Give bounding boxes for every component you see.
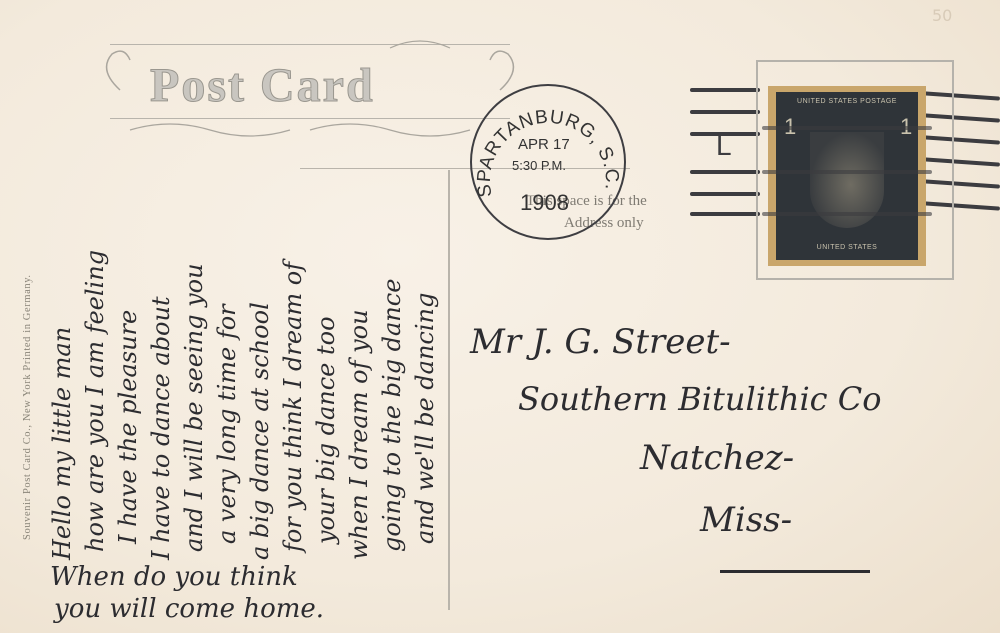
postcard-back: 50 Souvenir Post Card Co., New York Prin… <box>0 0 1000 633</box>
message-line: for you think I dream of <box>279 262 307 552</box>
pencil-mark: 50 <box>932 6 952 25</box>
cancel-bar <box>762 170 932 174</box>
cancel-bar <box>690 170 760 174</box>
publisher-imprint: Souvenir Post Card Co., New York Printed… <box>22 274 33 540</box>
post-card-title: Post Card <box>150 58 375 113</box>
cancel-bar <box>690 192 760 196</box>
cancel-bar <box>690 88 760 92</box>
message-bottom-line2: you will come home. <box>54 594 324 624</box>
message-line: going to the big dance <box>378 279 406 552</box>
address-underline <box>720 570 870 573</box>
cancel-bar <box>762 126 932 130</box>
address-line-name: Mr J. G. Street- <box>470 322 731 362</box>
message-line: I have to dance about <box>147 296 175 560</box>
message-line: a big dance at school <box>246 302 274 560</box>
cancel-bar <box>690 110 760 114</box>
post-card-header: Post Card <box>90 30 530 150</box>
message-line: and I will be seeing you <box>180 263 208 552</box>
message-line: when I dream of you <box>345 309 373 560</box>
stamp-top-text: UNITED STATES POSTAGE <box>776 98 918 105</box>
postage-stamp: UNITED STATES POSTAGE 1 1 UNITED STATES <box>768 86 926 266</box>
stamp-design: UNITED STATES POSTAGE 1 1 UNITED STATES <box>776 92 918 260</box>
postmark-date: APR 17 <box>518 136 570 153</box>
message-line: a very long time for <box>213 304 241 544</box>
message-line: Hello my little man <box>48 327 76 560</box>
postmark-time: 5:30 P.M. <box>512 158 566 173</box>
message-line: your big dance too <box>312 316 340 544</box>
stamp-bottom-text: UNITED STATES <box>776 244 918 251</box>
cancel-bar <box>690 212 760 216</box>
postmark-year: 1908 <box>520 190 569 216</box>
message-line: I have the pleasure <box>114 310 142 544</box>
cancel-bar <box>762 212 932 216</box>
address-line-company: Southern Bitulithic Co <box>518 380 882 418</box>
address-line-state: Miss- <box>700 500 792 540</box>
address-line-city: Natchez- <box>640 438 794 478</box>
message-bottom-line1: When do you think <box>50 562 298 592</box>
message-address-divider <box>448 170 450 610</box>
cancel-letter: L <box>716 130 732 162</box>
message-line: how are you I am feeling <box>81 250 109 552</box>
message-line: and we'll be dancing <box>411 293 439 544</box>
postmark: SPARTANBURG, S.C. APR 17 5:30 P.M. 1908 <box>470 84 626 240</box>
